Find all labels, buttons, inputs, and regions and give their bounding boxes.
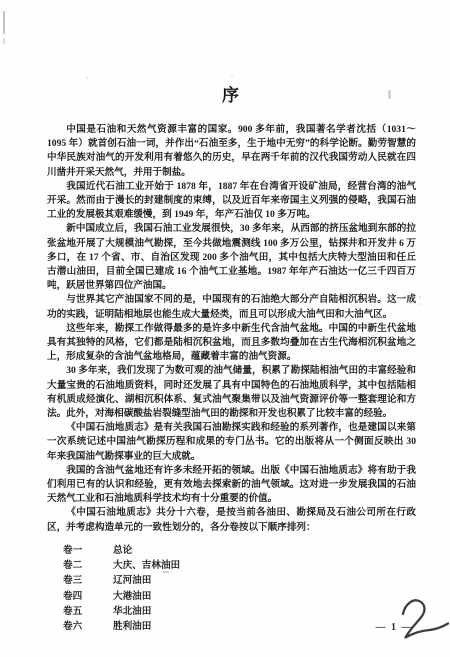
volume-row-3: 卷三 辽河油田 (63, 573, 416, 588)
volume-name: 胜利油田 (113, 619, 416, 634)
scan-artifact-edge-line (3, 11, 5, 34)
scan-artifact-dash (163, 571, 169, 573)
scan-artifact-speck (86, 77, 88, 79)
preface-body: 中国是石油和天然气资源丰富的国家。900 多年前，我国著名学者沈括（1031～1… (47, 123, 416, 535)
paragraph-2: 我国近代石油工业开始于 1878 年，1887 年在台湾省开设矿油局，经营台湾的… (47, 180, 416, 223)
scan-artifact-mark (388, 90, 391, 99)
scan-artifact-speck (231, 76, 233, 78)
paragraph-3: 新中国成立后，我国石油工业发展很快，30 多年来，从西部的挤压盆地到东部的拉张盆… (47, 222, 416, 293)
page-title: 序 (47, 86, 416, 106)
volume-row-2: 卷二 大庆、吉林油田 (63, 558, 416, 573)
volume-row-5: 卷五 华北油田 (63, 604, 416, 619)
handwritten-2-mark (396, 597, 450, 645)
volume-label: 卷三 (63, 573, 113, 588)
paragraph-6: 30 多年来，我们发现了为数可观的油气储量，积累了勘探陆相油气田的丰富经验和大量… (47, 364, 416, 421)
paragraph-5: 这些年来，勘探工作做得最多的是许多中新生代含油气盆地。中国的中新生代盆地具有其独… (47, 322, 416, 365)
paragraph-9: 《中国石油地质志》共分十六卷，是按当前各油田、勘探局及石油公司所在行政区，并考虑… (47, 506, 416, 534)
volume-label: 卷四 (63, 589, 113, 604)
volume-label: 卷二 (63, 558, 113, 573)
volume-name: 总论 (113, 543, 416, 558)
volume-name: 辽河油田 (113, 573, 416, 588)
scanned-book-page: 序 中国是石油和天然气资源丰富的国家。900 多年前，我国著名学者沈括（1031… (0, 0, 450, 657)
volume-name: 华北油田 (113, 604, 416, 619)
scan-artifact-dash (371, 297, 375, 299)
volume-label: 卷一 (63, 543, 113, 558)
volume-name: 大港油田 (113, 589, 416, 604)
scan-artifact-speck (420, 303, 422, 305)
volume-name: 大庆、吉林油田 (113, 558, 416, 573)
page-content: 序 中国是石油和天然气资源丰富的国家。900 多年前，我国著名学者沈括（1031… (47, 0, 416, 634)
volume-row-4: 卷四 大港油田 (63, 589, 416, 604)
volume-row-1: 卷一 总论 (63, 543, 416, 558)
paragraph-1: 中国是石油和天然气资源丰富的国家。900 多年前，我国著名学者沈括（1031～1… (47, 123, 416, 180)
volume-label: 卷五 (63, 604, 113, 619)
paragraph-8: 我国的含油气盆地还有许多未经开拓的领域。出版《中国石油地质志》将有助于我们利用已… (47, 464, 416, 507)
volume-row-6: 卷六 胜利油田 (63, 619, 416, 634)
scan-artifact-edge-dot (3, 38, 5, 44)
paragraph-4: 与世界其它产油国家不同的是，中国现有的石油绝大部分产自陆相沉积岩。这一成功的实践… (47, 293, 416, 321)
volume-label: 卷六 (63, 619, 113, 634)
scan-artifact-speck (419, 296, 421, 298)
volume-list: 卷一 总论 卷二 大庆、吉林油田 卷三 辽河油田 卷四 大港油田 卷五 华北油田… (47, 543, 416, 634)
paragraph-7: 《中国石油地质志》是有关我国石油勘探实践和经验的系列著作，也是建国以来第一次系统… (47, 421, 416, 464)
